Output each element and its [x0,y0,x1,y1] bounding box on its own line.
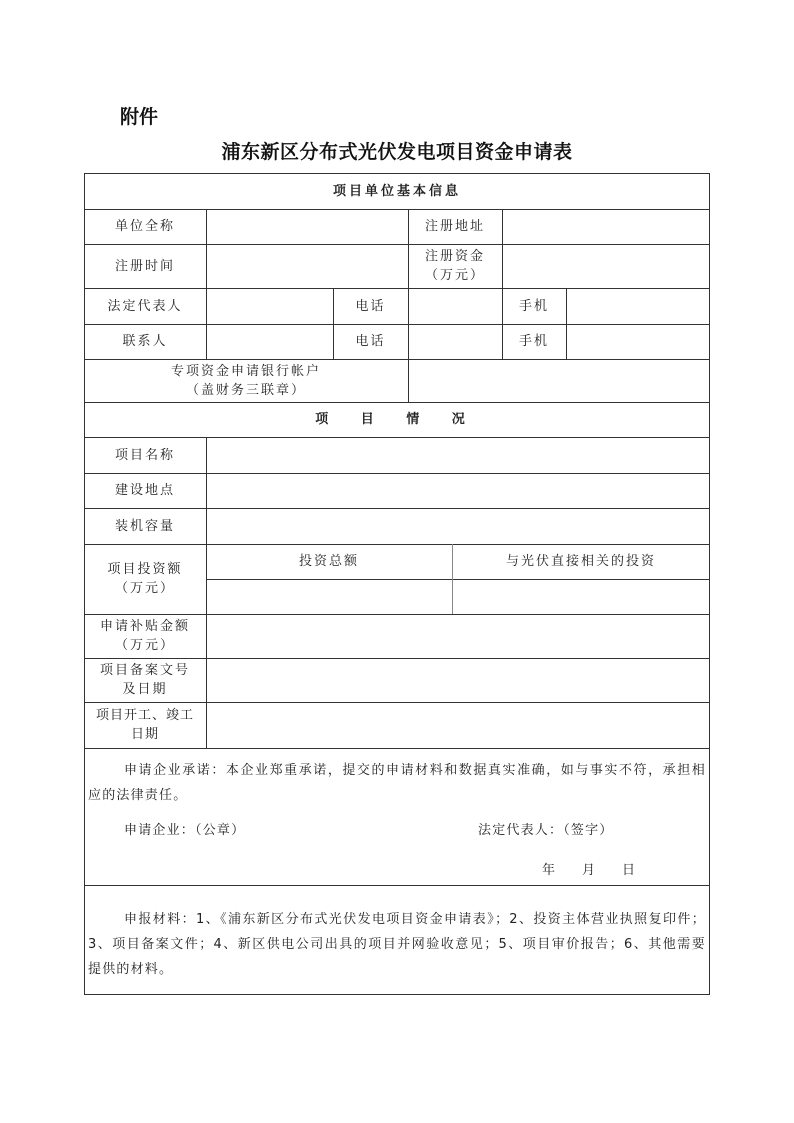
contact-mobile-field[interactable] [566,324,710,359]
reg-capital-label-line1: 注册资金 [425,247,485,266]
company-seal-label: 申请企业：（公章） [124,818,245,843]
date-day-label: 日 [622,858,636,883]
contact-field[interactable] [206,324,333,359]
legal-rep-field[interactable] [206,288,333,324]
reg-address-field[interactable] [502,209,710,244]
dates-label-line2: 日期 [131,725,159,744]
form-title: 浦东新区分布式光伏发电项目资金申请表 [0,137,794,164]
section-heading-project: 项 目 情 况 [84,402,710,437]
legal-rep-mobile-field[interactable] [566,288,710,324]
reg-capital-label-line2: （万元） [425,266,485,285]
investment-total-header: 投资总额 [206,544,452,579]
filing-label-line1: 项目备案文号 [100,661,190,680]
dates-label: 项目开工、竣工 日期 [84,702,206,748]
project-name-field[interactable] [206,437,710,473]
filing-label: 项目备案文号 及日期 [84,658,206,702]
unit-name-label: 单位全称 [84,209,206,244]
legal-rep-signature-label: 法定代表人：（签字） [478,818,614,843]
bank-account-label: 专项资金申请银行帐户 （盖财务三联章） [84,359,408,402]
bank-account-label-line1: 专项资金申请银行帐户 [171,362,321,381]
dates-label-line1: 项目开工、竣工 [96,706,194,725]
reg-address-label: 注册地址 [408,209,502,244]
subsidy-label-line2: （万元） [115,636,175,655]
unit-name-field[interactable] [206,209,408,244]
materials-text: 申报材料：1、《浦东新区分布式光伏发电项目资金申请表》；2、投资主体营业执照复印… [88,907,706,982]
investment-pv-header: 与光伏直接相关的投资 [452,544,710,579]
bank-account-label-line2: （盖财务三联章） [186,381,306,400]
contact-mobile-label: 手机 [502,324,566,359]
reg-capital-field[interactable] [502,244,710,288]
investment-label-line2: （万元） [115,579,175,598]
project-name-label: 项目名称 [84,437,206,473]
bank-account-field[interactable] [408,359,710,402]
reg-capital-label: 注册资金 （万元） [408,244,502,288]
row-divider [84,748,710,749]
section-heading-unit-info: 项目单位基本信息 [84,173,710,209]
capacity-field[interactable] [206,508,710,544]
capacity-label: 装机容量 [84,508,206,544]
attachment-label: 附件 [120,102,158,129]
investment-pv-field[interactable] [452,579,710,614]
filing-field[interactable] [206,658,710,702]
legal-rep-phone-label: 电话 [333,288,408,324]
location-field[interactable] [206,473,710,508]
investment-label: 项目投资额 （万元） [84,544,206,614]
reg-time-field[interactable] [206,244,408,288]
investment-total-field[interactable] [206,579,452,614]
pledge-text: 申请企业承诺：本企业郑重承诺，提交的申请材料和数据真实准确，如与事实不符，承担相… [88,758,706,808]
legal-rep-mobile-label: 手机 [502,288,566,324]
contact-label: 联系人 [84,324,206,359]
subsidy-label: 申请补贴金额 （万元） [84,614,206,658]
reg-time-label: 注册时间 [84,244,206,288]
date-year-label: 年 [542,858,556,883]
dates-field[interactable] [206,702,710,748]
filing-label-line2: 及日期 [122,680,167,699]
subsidy-field[interactable] [206,614,710,658]
date-month-label: 月 [582,858,596,883]
location-label: 建设地点 [84,473,206,508]
subsidy-label-line1: 申请补贴金额 [100,617,190,636]
legal-rep-phone-field[interactable] [408,288,502,324]
investment-label-line1: 项目投资额 [107,560,182,579]
contact-phone-field[interactable] [408,324,502,359]
row-divider [84,885,710,886]
contact-phone-label: 电话 [333,324,408,359]
legal-rep-label: 法定代表人 [84,288,206,324]
